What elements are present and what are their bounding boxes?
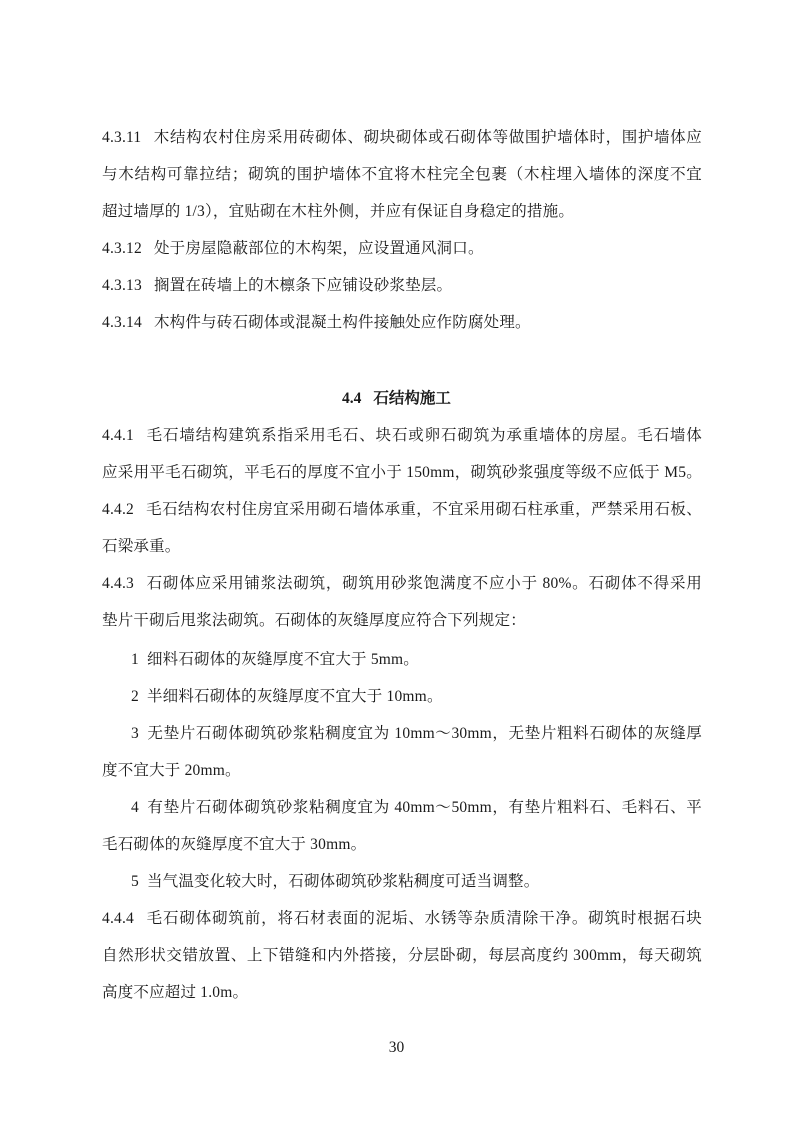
list-item-2: 2半细料石砌体的灰缝厚度不宜大于 10mm。 — [131, 687, 702, 707]
clause-number: 4.4.4 — [102, 910, 134, 927]
clause-number: 4.3.13 — [102, 277, 142, 294]
clause-4-4-4-line-2: 自然形状交错放置、上下错缝和内外搭接，分层卧砌，每层高度约 300mm，每天砌筑 — [102, 946, 702, 966]
section-number: 4.4 — [342, 390, 361, 407]
clause-number: 4.4.2 — [102, 501, 134, 518]
list-item-4-line-1: 4有垫片石砌体砌筑砂浆粘稠度宜为 40mm～50mm，有垫片粗料石、毛料石、平 — [131, 798, 702, 818]
list-item-4-line-2: 毛石砌体的灰缝厚度不宜大于 30mm。 — [102, 835, 702, 855]
clause-4-4-2-line-2: 石梁承重。 — [102, 537, 702, 557]
clause-number: 4.4.3 — [102, 575, 134, 592]
clause-4-3-13: 4.3.13搁置在砖墙上的木檩条下应铺设砂浆垫层。 — [102, 276, 702, 296]
clause-number: 4.3.12 — [102, 240, 142, 257]
clause-number: 4.3.11 — [102, 129, 141, 146]
clause-4-3-11-line-3: 超过墙厚的 1/3），宜贴砌在木柱外侧，并应有保证自身稳定的措施。 — [102, 202, 702, 222]
clause-4-4-4-line-1: 4.4.4毛石砌体砌筑前，将石材表面的泥垢、水锈等杂质清除干净。砌筑时根据石块 — [102, 909, 702, 929]
section-heading: 4.4石结构施工 — [0, 389, 793, 409]
clause-number: 4.3.14 — [102, 314, 142, 331]
clause-number: 4.4.1 — [102, 427, 134, 444]
page-number: 30 — [0, 1038, 793, 1058]
clause-4-4-3-line-1: 4.4.3石砌体应采用铺浆法砌筑，砌筑用砂浆饱满度不应小于 80%。石砌体不得采… — [102, 574, 702, 594]
list-item-5: 5当气温变化较大时，石砌体砌筑砂浆粘稠度可适当调整。 — [131, 872, 702, 892]
clause-4-3-11-line-2: 与木结构可靠拉结；砌筑的围护墙体不宜将木柱完全包裹（木柱埋入墙体的深度不宜 — [102, 165, 702, 185]
list-item-3-line-1: 3无垫片石砌体砌筑砂浆粘稠度宜为 10mm～30mm，无垫片粗料石砌体的灰缝厚 — [131, 724, 702, 744]
clause-4-4-1-line-1: 4.4.1毛石墙结构建筑系指采用毛石、块石或卵石砌筑为承重墙体的房屋。毛石墙体 — [102, 426, 702, 446]
list-item-1: 1细料石砌体的灰缝厚度不宜大于 5mm。 — [131, 650, 702, 670]
clause-4-4-4-line-3: 高度不应超过 1.0m。 — [102, 983, 702, 1003]
clause-4-3-14: 4.3.14木构件与砖石砌体或混凝土构件接触处应作防腐处理。 — [102, 313, 702, 333]
clause-4-4-1-line-2: 应采用平毛石砌筑，平毛石的厚度不宜小于 150mm，砌筑砂浆强度等级不应低于 M… — [102, 463, 702, 483]
clause-4-4-3-line-2: 垫片干砌后甩浆法砌筑。石砌体的灰缝厚度应符合下列规定： — [102, 611, 702, 631]
document-page: 4.3.11木结构农村住房采用砖砌体、砌块砌体或石砌体等做围护墙体时，围护墙体应… — [0, 0, 793, 1122]
section-title: 石结构施工 — [373, 390, 451, 407]
list-item-3-line-2: 度不宜大于 20mm。 — [102, 761, 702, 781]
clause-4-4-2-line-1: 4.4.2毛石结构农村住房宜采用砌石墙体承重，不宜采用砌石柱承重，严禁采用石板、 — [102, 500, 702, 520]
clause-4-3-12: 4.3.12处于房屋隐蔽部位的木构架，应设置通风洞口。 — [102, 239, 702, 259]
clause-4-3-11-line-1: 4.3.11木结构农村住房采用砖砌体、砌块砌体或石砌体等做围护墙体时，围护墙体应 — [102, 128, 702, 148]
